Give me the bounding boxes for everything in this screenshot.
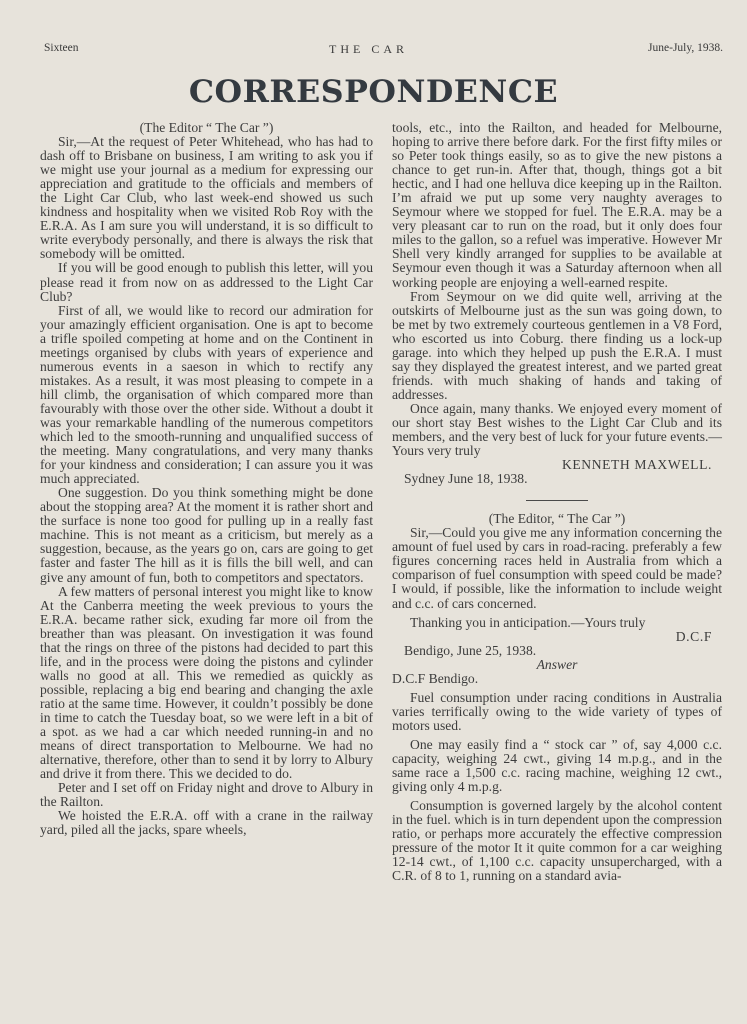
left-column: (The Editor “ The Car ”) Sir,—At the req…	[40, 121, 373, 837]
letter1-paragraph: One suggestion. Do you think something m…	[40, 486, 373, 584]
letter2-signature: D.C.F	[392, 630, 722, 644]
letter1-signature: KENNETH MAXWELL.	[392, 458, 722, 472]
answer-paragraph: Fuel consumption under racing conditions…	[392, 691, 722, 733]
letter1-paragraph: Once again, many thanks. We enjoyed ever…	[392, 402, 722, 458]
letter2-place-date: Bendigo, June 25, 1938.	[392, 644, 722, 658]
publication-name: THE CAR	[44, 42, 723, 57]
letter1-paragraph: A few matters of personal interest you m…	[40, 585, 373, 782]
issue-date: June-July, 1938.	[648, 42, 723, 54]
answer-addressee: D.C.F Bendigo.	[392, 672, 722, 686]
letter1-paragraph: Sir,—At the request of Peter Whitehead, …	[40, 135, 373, 261]
answer-paragraph: One may easily find a “ stock car ” of, …	[392, 738, 722, 794]
letter1-paragraph: First of all, we would like to record ou…	[40, 304, 373, 487]
page-title: CORRESPONDENCE	[0, 74, 747, 110]
letter2-salutation: (The Editor, “ The Car ”)	[392, 512, 722, 526]
letter1-paragraph: If you will be good enough to publish th…	[40, 261, 373, 303]
letter2-body: Sir,—Could you give me any information c…	[392, 526, 722, 610]
section-divider	[526, 500, 588, 501]
letter1-paragraph: From Seymour on we did quite well, arriv…	[392, 290, 722, 402]
running-header: Sixteen THE CAR June-July, 1938.	[44, 42, 723, 58]
letter1-paragraph: Peter and I set off on Friday night and …	[40, 781, 373, 809]
letter2-closing: Thanking you in anticipation.—Yours trul…	[392, 616, 722, 630]
letter1-paragraph-continuation: tools, etc., into the Railton, and heade…	[392, 121, 722, 290]
letter1-salutation: (The Editor “ The Car ”)	[40, 121, 373, 135]
magazine-page: Sixteen THE CAR June-July, 1938. CORRESP…	[0, 0, 747, 1024]
right-column: tools, etc., into the Railton, and heade…	[392, 121, 722, 883]
answer-paragraph: Consumption is governed largely by the a…	[392, 799, 722, 883]
letter1-place-date: Sydney June 18, 1938.	[392, 472, 722, 486]
letter1-paragraph-continued: We hoisted the E.R.A. off with a crane i…	[40, 809, 373, 837]
answer-heading: Answer	[392, 658, 722, 672]
